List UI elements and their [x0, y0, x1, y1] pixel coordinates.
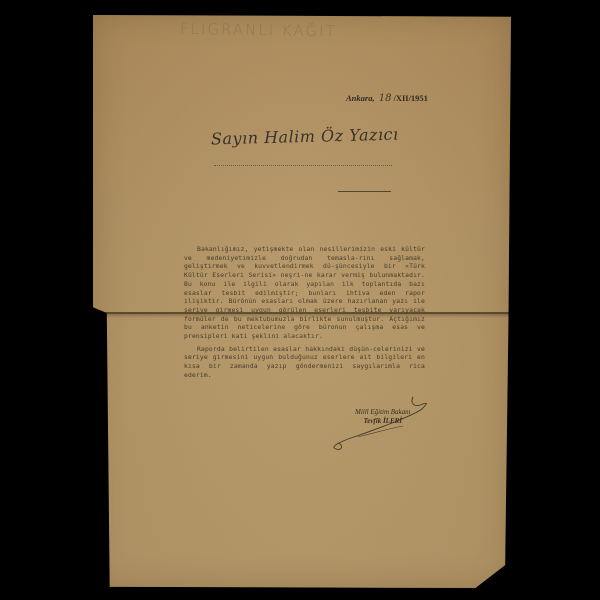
body-paragraph-2: Raporda belirtilen esaslar hakkındaki dü…	[184, 346, 425, 381]
dateline-city: Ankara,	[346, 93, 375, 103]
body-paragraph-1: Bakanlığımız, yetişmekte olan nesillerim…	[184, 246, 425, 342]
document-photo: FLIGRANLI KAĞIT Ankara, 18/XII/1951 Sayı…	[0, 0, 600, 600]
address-solid-line	[338, 191, 391, 192]
addressee-handwritten: Sayın Halim Öz Yazıcı	[211, 125, 399, 149]
pencil-annotation: FLIGRANLI KAĞIT	[180, 20, 337, 41]
dateline-day: 18	[379, 93, 392, 104]
dateline-month-year: /XII/1951	[393, 93, 427, 103]
signature-block: Millî Eğitim Bakanı Tevfik İLERİ	[355, 408, 411, 425]
letter-paper: FLIGRANLI KAĞIT Ankara, 18/XII/1951 Sayı…	[93, 15, 511, 588]
fold-shadow	[93, 314, 511, 318]
signatory-title: Millî Eğitim Bakanı	[355, 408, 411, 417]
address-dotted-line	[214, 165, 392, 166]
dateline: Ankara, 18/XII/1951	[346, 93, 428, 104]
signatory-name: Tevfik İLERİ	[355, 417, 411, 426]
